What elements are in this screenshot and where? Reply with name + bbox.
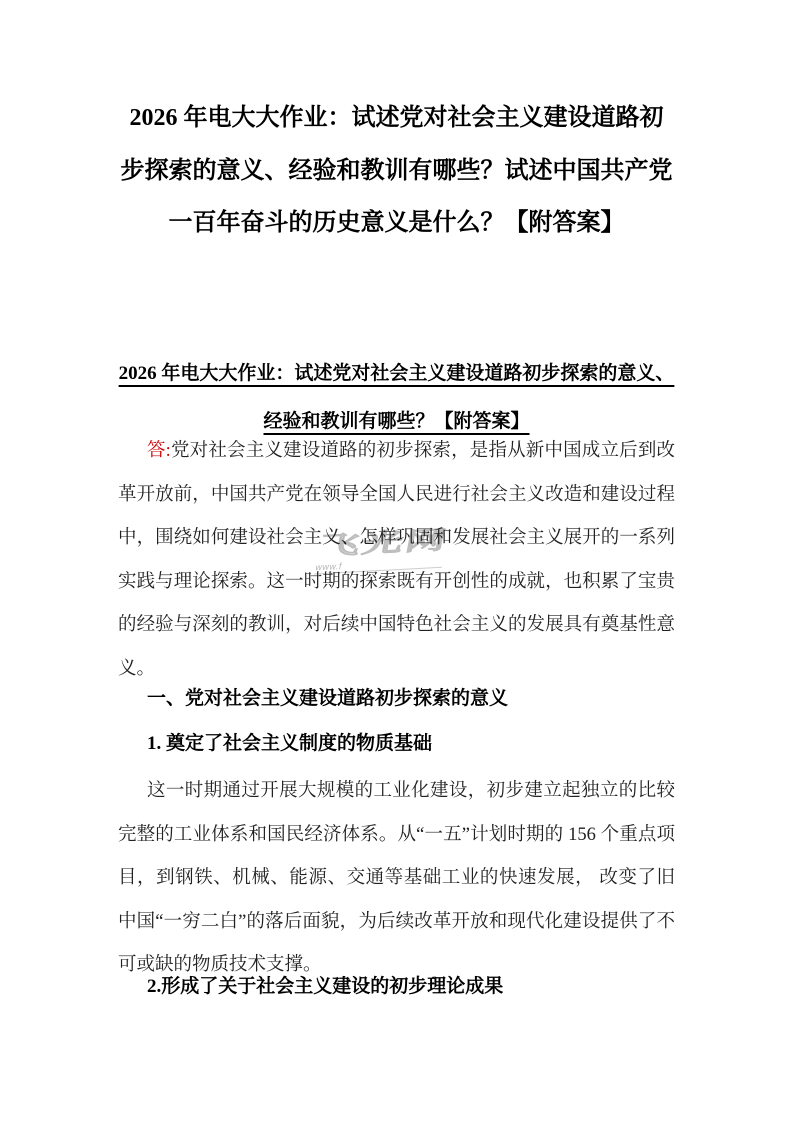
body-paragraph-2: 这一时期通过开展大规模的工业化建设，初步建立起独立的比较完整的工业体系和国民经济… bbox=[118, 770, 675, 988]
answer-label: 答: bbox=[147, 441, 171, 461]
answer-paragraph-text: 党对社会主义建设道路的初步探索，是指从新中国成立后到改革开放前，中国共产党在领导… bbox=[118, 441, 675, 679]
subheading-point-1: 1. 奠定了社会主义制度的物质基础 bbox=[118, 722, 675, 766]
document-title: 2026 年电大大作业：试述党对社会主义建设道路初步探索的意义、经验和教训有哪些… bbox=[118, 92, 675, 250]
answer-paragraph: 答:党对社会主义建设道路的初步探索，是指从新中国成立后到改革开放前，中国共产党在… bbox=[118, 430, 675, 691]
document-page: 飞光网 www.f 2026 年电大大作业：试述党对社会主义建设道路初步探索的意… bbox=[0, 0, 793, 1122]
subheading-point-2: 2.形成了关于社会主义建设的初步理论成果 bbox=[118, 965, 675, 1009]
heading-section-one: 一、党对社会主义建设道路初步探索的意义 bbox=[118, 677, 675, 721]
